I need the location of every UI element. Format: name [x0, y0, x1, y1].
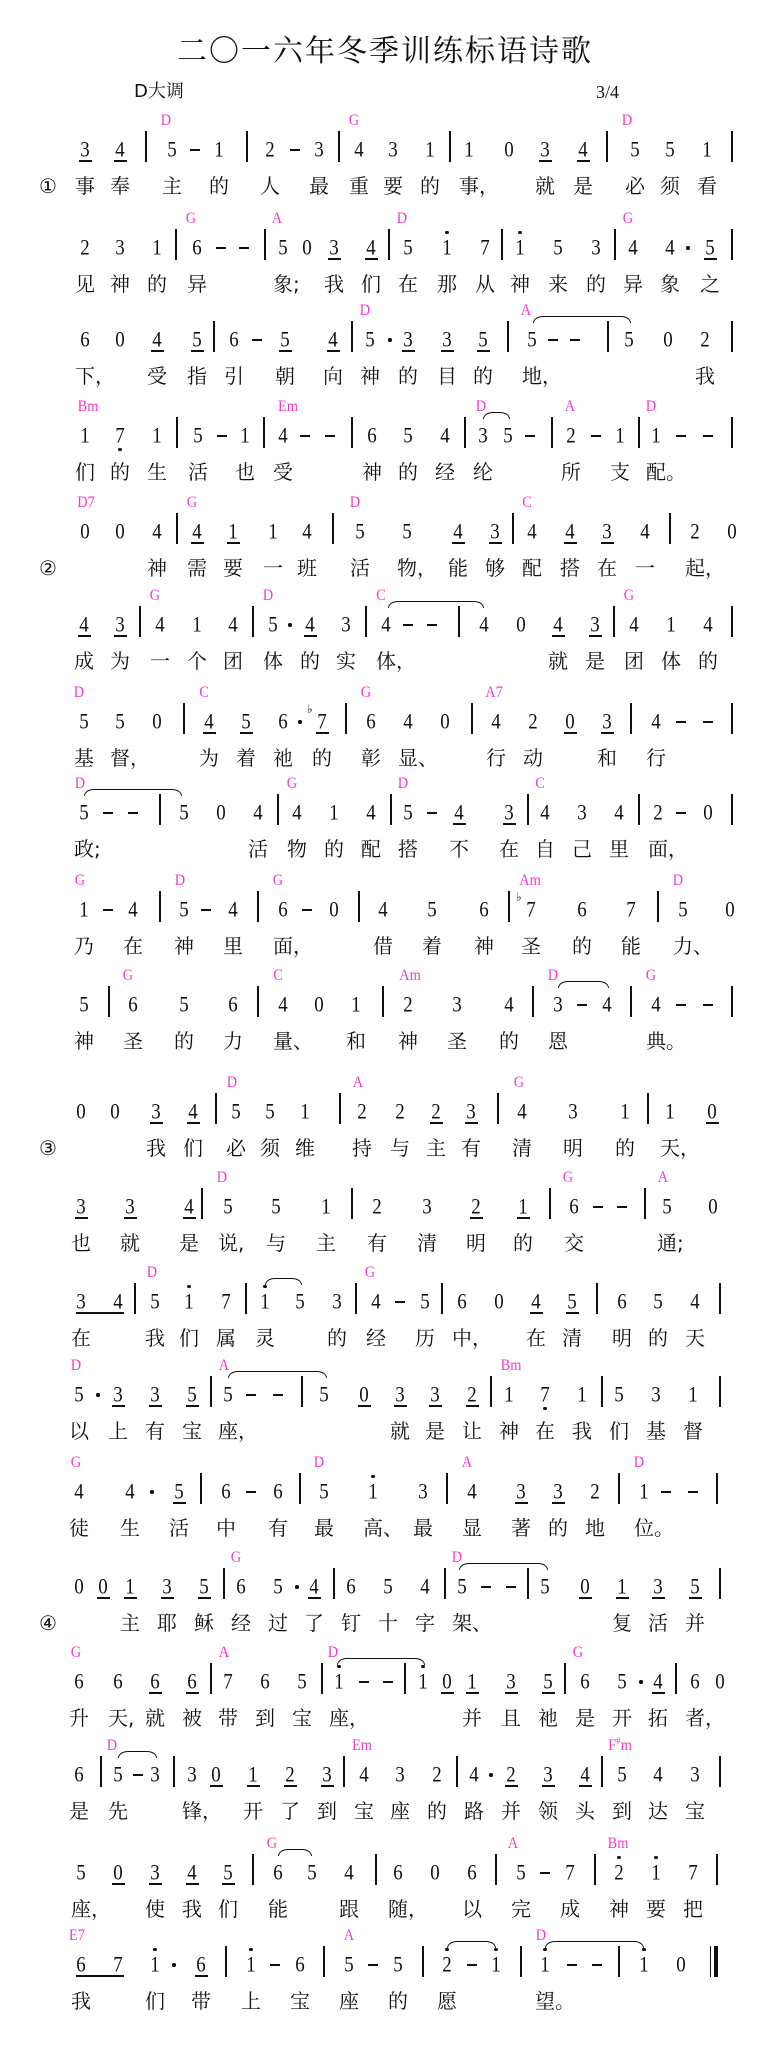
dash-stroke — [688, 1491, 698, 1493]
dot-icon — [489, 1773, 492, 1776]
barline-stroke — [100, 1756, 102, 1787]
lyric-punctuation: ， — [680, 1137, 700, 1159]
lyric-char: 活 — [169, 1517, 189, 1539]
lyric-char: 宝 — [290, 1990, 310, 2012]
lyric-syllable: 班 — [297, 557, 317, 579]
lyric-char: 最 — [413, 1517, 433, 1539]
note-digit: 1 — [688, 1384, 697, 1406]
lyric-syllable: 之 — [700, 273, 720, 295]
lyric-syllable: 配。 — [646, 461, 686, 483]
lyric-syllable: 配 — [361, 838, 381, 860]
lyric-syllable: 了 — [304, 1612, 324, 1634]
lyric-syllable: 达 — [648, 1800, 668, 1822]
eighth-underline — [195, 1975, 208, 1977]
note-digit: 3 — [403, 329, 412, 351]
dash-stroke — [676, 1004, 686, 1006]
lyric-char: 清 — [512, 1137, 532, 1159]
lyric-char: 彰 — [361, 747, 381, 769]
dash-stroke — [383, 1681, 393, 1683]
barline-stroke — [252, 606, 254, 637]
chord-root: E7 — [69, 1927, 85, 1944]
barline-stroke — [175, 229, 177, 260]
lyric-char: 典 — [646, 1030, 666, 1052]
chord-symbol: D — [536, 1928, 546, 1944]
barline-stroke — [223, 1568, 225, 1599]
chord-symbol: Am — [519, 873, 541, 889]
lyric-syllable: 需 — [187, 557, 207, 579]
note-digit: 0 — [494, 1291, 503, 1313]
lyric-char: 活 — [648, 1612, 668, 1634]
lyric-punctuation: ， — [472, 1327, 492, 1349]
lyric-syllable: 有 — [268, 1517, 288, 1539]
lyric-char: 受 — [273, 461, 293, 483]
chord-root: C — [522, 494, 532, 511]
note-digit: 5 — [193, 425, 202, 447]
barline-stroke — [173, 1756, 175, 1787]
slur-tie — [545, 1941, 644, 1948]
lyric-syllable: 要 — [646, 1898, 666, 1920]
note-digit: 4 — [292, 802, 301, 824]
note-digit: 5 — [662, 1196, 671, 1218]
note-digit: 5 — [516, 1862, 525, 1884]
barline-stroke — [647, 1093, 649, 1124]
lyric-char: 祂 — [538, 1707, 558, 1729]
chord-symbol: G — [123, 968, 133, 984]
eighth-underline — [430, 1122, 443, 1124]
barline-stroke — [456, 1756, 458, 1787]
lyric-syllable: 活 — [188, 461, 208, 483]
lyric-char: 就 — [548, 650, 568, 672]
chord-symbol: D — [398, 776, 408, 792]
eighth-underline — [327, 350, 340, 352]
lyric-syllable: 要 — [383, 175, 403, 197]
lyric-syllable: 是 — [573, 175, 593, 197]
lyric-char: 神 — [609, 1898, 629, 1920]
verse-number-marker: ② — [39, 557, 57, 579]
note-digit: 6 — [617, 1291, 626, 1313]
lyric-syllable: 政; — [74, 838, 101, 860]
chord-root: A — [219, 1357, 229, 1374]
note-digit: 7 — [526, 899, 535, 921]
lyric-char: 生 — [147, 461, 167, 483]
score-body: ①DGD3事4奉5主1的2人3最4重3要1的1事，03就4是5必5须1看GADG… — [0, 0, 770, 2050]
lyric-char: 看 — [697, 175, 717, 197]
chord-symbol: D — [71, 1358, 81, 1374]
lyric-char: 的 — [615, 1137, 635, 1159]
note-digit: 4 — [125, 1481, 134, 1503]
lyric-syllable: 在 — [535, 1420, 555, 1442]
note-digit: 0 — [708, 1196, 717, 1218]
lyric-punctuation: ; — [677, 1232, 684, 1254]
lyric-syllable: 最 — [314, 1517, 334, 1539]
lyric-char: 的 — [388, 1990, 408, 2012]
note-digit: 1 — [260, 1291, 269, 1313]
lyric-char: 我 — [146, 1137, 166, 1159]
barline-stroke — [351, 417, 353, 448]
chord-root: D — [646, 398, 656, 415]
note-digit: 3 — [76, 1291, 85, 1313]
chord-symbol: G — [75, 873, 85, 889]
eighth-underline — [183, 1217, 196, 1219]
lyric-char: 的 — [586, 273, 606, 295]
dash-stroke — [592, 1964, 602, 1966]
lyric-char: 灵 — [255, 1327, 275, 1349]
slur-tie — [483, 412, 510, 419]
note-digit: 0 — [113, 1862, 122, 1884]
note-digit: 5 — [295, 1291, 304, 1313]
note-digit: 4 — [371, 1291, 380, 1313]
lyric-syllable: 交 — [564, 1232, 584, 1254]
note-digit: 6 — [74, 1764, 83, 1786]
barline-stroke — [201, 1188, 203, 1219]
lyric-char: 拓 — [648, 1707, 668, 1729]
note-digit: 0 — [152, 711, 161, 733]
lyric-syllable: 的 — [473, 365, 493, 387]
note-digit: 6 — [367, 425, 376, 447]
lyric-char: 宝 — [685, 1800, 705, 1822]
eighth-underline — [186, 1883, 199, 1885]
eighth-underline — [515, 1502, 528, 1504]
lyric-syllable: 复 — [612, 1612, 632, 1634]
note-digit: 1 — [620, 1101, 629, 1123]
note-digit: 4 — [527, 521, 536, 543]
note-digit: 2 — [590, 1481, 599, 1503]
lyric-char: 清 — [562, 1327, 582, 1349]
note-digit: 1 — [214, 139, 223, 161]
eighth-underline — [505, 1692, 518, 1694]
lyric-char: 复 — [612, 1612, 632, 1634]
lyric-char: 体 — [661, 650, 681, 672]
lyric-char: 高 — [363, 1517, 383, 1539]
note-digit: 5 — [617, 1671, 626, 1693]
lyric-char: 的 — [548, 1517, 568, 1539]
lyric-syllable: 的 — [420, 175, 440, 197]
lyric-char: 着 — [236, 747, 256, 769]
note-digit: 6 — [192, 237, 201, 259]
note-digit: 5 — [690, 1576, 699, 1598]
note-digit: 4 — [602, 994, 611, 1016]
lyric-syllable: 力 — [223, 1030, 243, 1052]
note-digit: 5 — [231, 1101, 240, 1123]
dash-stroke — [676, 812, 686, 814]
lyric-syllable: 体 — [263, 650, 283, 672]
lyric-syllable: 与 — [390, 1137, 410, 1159]
lyric-char: 的 — [648, 1327, 668, 1349]
lyric-char: 象 — [273, 273, 293, 295]
lyric-syllable: 在 — [526, 1327, 546, 1349]
lyric-syllable: 属 — [216, 1327, 236, 1349]
lyric-syllable: 目 — [437, 365, 457, 387]
lyric-syllable: 通; — [657, 1232, 684, 1254]
lyric-char: 经 — [366, 1327, 386, 1349]
note-digit: 6 — [690, 1671, 699, 1693]
lyric-char: 的 — [312, 747, 332, 769]
note-digit: 1 — [152, 237, 161, 259]
note-digit: 4 — [113, 1291, 122, 1313]
lyric-char: 就 — [535, 175, 555, 197]
lyric-syllable: 动 — [523, 747, 543, 769]
barline-stroke — [264, 229, 266, 260]
note-digit: 3 — [591, 237, 600, 259]
lyric-syllable: 和 — [346, 1030, 366, 1052]
lyric-syllable: 恩 — [548, 1030, 568, 1052]
note-digit: 3 — [187, 1764, 196, 1786]
note-digit: 4 — [504, 994, 513, 1016]
eighth-underline — [564, 732, 577, 734]
lyric-char: 是 — [69, 1800, 89, 1822]
lyric-char: 过 — [268, 1612, 288, 1634]
barline-stroke — [644, 1188, 646, 1219]
eighth-underline — [706, 1122, 719, 1124]
lyric-char: 最 — [314, 1517, 334, 1539]
lyric-syllable: 祂 — [273, 747, 293, 769]
note-digit: 4 — [152, 329, 161, 351]
lyric-char: 以 — [462, 1898, 482, 1920]
note-digit: 4 — [531, 1291, 540, 1313]
lyric-syllable: 成 — [560, 1898, 580, 1920]
chord-symbol: G — [361, 685, 371, 701]
lyric-syllable: 座， — [218, 1420, 258, 1442]
lyric-syllable: 从 — [475, 273, 495, 295]
barline-stroke — [139, 606, 141, 637]
lyric-char: 并 — [685, 1612, 705, 1634]
eighth-underline — [441, 1692, 454, 1694]
lyric-syllable: 里 — [223, 935, 243, 957]
lyric-syllable: 物 — [287, 838, 307, 860]
lyric-syllable: 须 — [660, 175, 680, 197]
note-digit: 5 — [344, 1954, 353, 1976]
lyric-syllable: 的 — [398, 461, 418, 483]
note-digit: 6 — [295, 1954, 304, 1976]
eighth-underline — [247, 1785, 260, 1787]
lyric-char: 宝 — [354, 1800, 374, 1822]
lyric-char: 维 — [295, 1137, 315, 1159]
lyric-syllable: 们 — [75, 461, 95, 483]
lyric-char: 重 — [349, 175, 369, 197]
note-digit: 3 — [115, 614, 124, 636]
note-digit: 0 — [302, 237, 311, 259]
lyric-syllable: 象; — [273, 273, 300, 295]
chord-root: D — [548, 967, 558, 984]
lyric-syllable: 基 — [646, 1420, 666, 1442]
lyric-char: 且 — [501, 1707, 521, 1729]
eighth-underline — [441, 350, 454, 352]
chord-symbol: C — [535, 776, 545, 792]
dot-icon — [388, 338, 391, 341]
barline-stroke — [716, 1854, 718, 1885]
lyric-char: 目 — [437, 365, 457, 387]
note-digit: 3 — [341, 614, 350, 636]
chord-root: G — [187, 494, 197, 511]
chord-root: D — [673, 872, 683, 889]
lyric-syllable: 中 — [216, 1517, 236, 1539]
barline-stroke — [731, 229, 733, 260]
chord-symbol: Bm — [501, 1358, 522, 1374]
lyric-char: 地 — [522, 365, 542, 387]
note-digit: 2 — [80, 237, 89, 259]
lyric-syllable: 有 — [145, 1420, 165, 1442]
lyric-char: 钉 — [341, 1612, 361, 1634]
note-digit: 3 — [115, 237, 124, 259]
note-digit: 1 — [368, 1481, 377, 1503]
lyric-char: 体 — [263, 650, 283, 672]
lyric-syllable: 与 — [266, 1232, 286, 1254]
lyric-syllable: 祂 — [538, 1707, 558, 1729]
lyric-syllable: 座， — [329, 1707, 369, 1729]
lyric-char: 到 — [255, 1707, 275, 1729]
lyric-punctuation: , — [238, 1232, 244, 1254]
lyric-syllable: 一 — [635, 557, 655, 579]
chord-symbol: G — [573, 1645, 583, 1661]
lyric-char: 锋 — [182, 1800, 202, 1822]
lyric-syllable: 活 — [248, 838, 268, 860]
note-digit: 3 — [690, 1764, 699, 1786]
note-digit: 4 — [653, 1671, 662, 1693]
lyric-char: 是 — [179, 1232, 199, 1254]
lyric-syllable: 活 — [169, 1517, 189, 1539]
lyric-syllable: 宝 — [290, 1990, 310, 2012]
note-digit: 3 — [395, 1764, 404, 1786]
lyric-char: 成 — [74, 650, 94, 672]
chord-root: G — [71, 1454, 81, 1471]
lyric-syllable: 灵 — [255, 1327, 275, 1349]
lyric-char: 配 — [522, 557, 542, 579]
chord-root: D — [147, 1264, 157, 1281]
lyric-syllable: 下， — [75, 365, 115, 387]
barline-stroke — [594, 1854, 596, 1885]
lyric-char: 是 — [575, 1707, 595, 1729]
lyric-char: 的 — [427, 1800, 447, 1822]
note-digit: 3 — [651, 1384, 660, 1406]
lyric-syllable: 就 — [535, 175, 555, 197]
lyric-syllable: 明 — [563, 1137, 583, 1159]
lyric-char: 里 — [609, 838, 629, 860]
barline-stroke — [508, 891, 510, 922]
lyric-char: 有 — [461, 1137, 481, 1159]
chord-symbol: Em — [278, 399, 298, 415]
lyric-char: 随 — [388, 1898, 408, 1920]
chord-root: G — [623, 210, 633, 227]
note-digit: 0 — [707, 1101, 716, 1123]
lyric-syllable: 愿 — [437, 1990, 457, 2012]
lyric-syllable: 著 — [511, 1517, 531, 1539]
chord-root: A — [521, 302, 531, 319]
lyric-punctuation: ， — [417, 557, 437, 579]
lyric-syllable: 显、 — [398, 747, 438, 769]
lyric-char: 不 — [449, 838, 469, 860]
lyric-char: 和 — [346, 1030, 366, 1052]
lyric-char: 量 — [273, 1030, 293, 1052]
note-digit: 6 — [229, 329, 238, 351]
lyric-syllable: 能 — [621, 935, 641, 957]
lyric-char: 跟 — [339, 1898, 359, 1920]
lyric-syllable: 我 — [71, 1990, 91, 2012]
lyric-punctuation: 、 — [293, 1030, 313, 1052]
note-digit: 6 — [76, 1954, 85, 1976]
dot-icon — [295, 1585, 298, 1588]
barline-stroke — [731, 417, 733, 448]
eighth-underline — [542, 1692, 555, 1694]
chord-root: G — [123, 967, 133, 984]
lyric-punctuation: ， — [349, 1707, 369, 1729]
note-digit: 4 — [640, 521, 649, 543]
lyric-syllable: 跟 — [339, 1898, 359, 1920]
lyric-syllable: 所 — [561, 461, 581, 483]
lyric-syllable: 督， — [110, 747, 150, 769]
lyric-char: 主 — [426, 1137, 446, 1159]
lyric-syllable: 神 — [74, 1030, 94, 1052]
lyric-char: 我 — [324, 273, 344, 295]
lyric-char: 座 — [339, 1990, 359, 2012]
lyric-syllable: 着 — [236, 747, 256, 769]
lyric-syllable: 和 — [597, 747, 617, 769]
chord-root: Em — [352, 1737, 372, 1754]
lyric-syllable: 能 — [448, 557, 468, 579]
lyric-char: 督 — [683, 1420, 703, 1442]
slur-tie — [278, 1849, 312, 1856]
chord-root: D — [476, 398, 486, 415]
note-digit: 5 — [268, 614, 277, 636]
lyric-char: 把 — [683, 1898, 703, 1920]
eighth-underline — [542, 1785, 555, 1787]
lyric-syllable: 搭 — [398, 838, 418, 860]
dash-stroke — [617, 1206, 627, 1208]
lyric-char: 们 — [218, 1898, 238, 1920]
lyric-syllable: 的 — [427, 1800, 447, 1822]
barline-stroke — [731, 321, 733, 352]
eighth-underline — [149, 1692, 162, 1694]
lyric-char: 纶 — [473, 461, 493, 483]
lyric-syllable: 天 — [685, 1327, 705, 1349]
lyric-syllable: 我 — [572, 1420, 592, 1442]
eighth-underline — [470, 1217, 483, 1219]
eighth-underline — [564, 542, 577, 544]
note-digit: 5 — [167, 139, 176, 161]
lyric-char: 带 — [191, 1990, 211, 2012]
barline-stroke — [355, 1283, 357, 1314]
slur-tie — [388, 601, 484, 608]
chord-symbol: G — [623, 211, 633, 227]
barline-stroke — [618, 1473, 620, 1504]
chord-root: A — [565, 398, 575, 415]
lyric-char: 明 — [563, 1137, 583, 1159]
chord-symbol: G — [287, 776, 297, 792]
note-digit: 2 — [506, 1764, 515, 1786]
dash-stroke — [427, 624, 437, 626]
barline-stroke — [441, 1283, 443, 1314]
eighth-underline — [186, 1692, 199, 1694]
barline-stroke — [321, 1663, 323, 1694]
lyric-syllable: 地， — [522, 365, 562, 387]
lyric-char: 配 — [646, 461, 666, 483]
chord-root: G — [365, 1264, 375, 1281]
chord-root: G — [273, 872, 283, 889]
lyric-syllable: 望。 — [535, 1990, 575, 2012]
note-digit: 3 — [602, 521, 611, 543]
lyric-punctuation: ， — [202, 1800, 222, 1822]
note-digit: 4 — [440, 425, 449, 447]
chord-root: Bm — [501, 1357, 522, 1374]
note-digit: 4 — [469, 1764, 478, 1786]
barline-stroke — [490, 1376, 492, 1407]
eighth-underline — [75, 1217, 88, 1219]
slur-tie — [228, 1371, 327, 1378]
lyric-syllable: 座 — [390, 1800, 410, 1822]
dash-stroke — [525, 435, 535, 437]
lyric-char: 神 — [74, 1030, 94, 1052]
dash-stroke — [567, 1964, 577, 1966]
lyric-char: 们 — [361, 273, 381, 295]
